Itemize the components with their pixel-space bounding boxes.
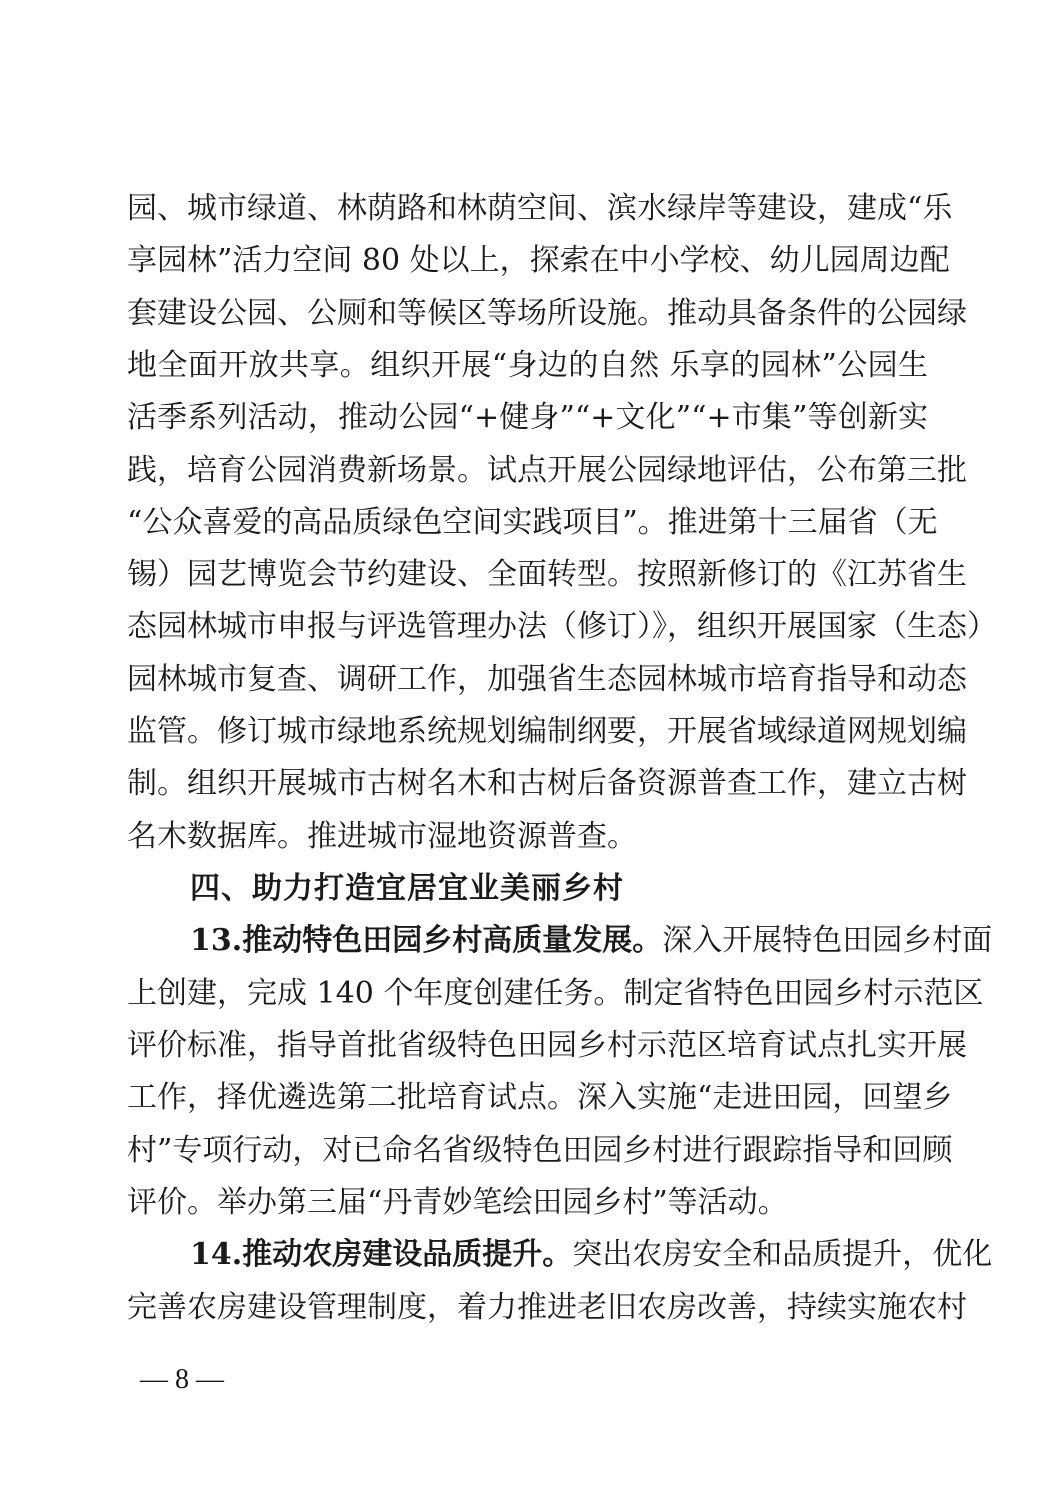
paragraph-line: 评价标准，指导首批省级特色田园乡村示范区培育试点扎实开展 — [127, 1026, 928, 1066]
item-13-text: 深入开展特色田园乡村面 — [662, 923, 992, 958]
paragraph-line: 工作，择优遴选第二批培育试点。深入实施“走进田园，回望乡 — [127, 1078, 928, 1118]
paragraph-line: 完善农房建设管理制度，着力推进老旧农房改善，持续实施农村 — [127, 1288, 928, 1328]
paragraph-line: 地全面开放共享。组织开展“身边的自然 乐享的园林”公园生 — [127, 346, 928, 386]
paragraph-line: 践，培育公园消费新场景。试点开展公园绿地评估，公布第三批 — [127, 451, 928, 491]
paragraph-line: “公众喜爱的高品质绿色空间实践项目”。推进第十三届省（无 — [127, 503, 928, 543]
paragraph-line: 园林城市复查、调研工作，加强省生态园林城市培育指导和动态 — [127, 660, 928, 700]
item-13-first-line: 13.推动特色田园乡村高质量发展。深入开展特色田园乡村面 — [190, 921, 928, 961]
page-number: — 8 — — [140, 1362, 224, 1398]
paragraph-line: 评价。举办第三届“丹青妙笔绘田园乡村”等活动。 — [127, 1183, 928, 1223]
paragraph-line: 村”专项行动，对已命名省级特色田园乡村进行跟踪指导和回顾 — [127, 1131, 928, 1171]
item-14-text: 突出农房安全和品质提升，优化 — [572, 1237, 992, 1272]
paragraph-line: 园、城市绿道、林荫路和林荫空间、滨水绿岸等建设，建成“乐 — [127, 189, 928, 229]
item-14-title: 14.推动农房建设品质提升。 — [190, 1237, 572, 1272]
item-13-title: 13.推动特色田园乡村高质量发展。 — [190, 923, 662, 958]
paragraph-line: 锡）园艺博览会节约建设、全面转型。按照新修订的《江苏省生 — [127, 555, 928, 595]
paragraph-line: 享园林”活力空间 80 处以上，探索在中小学校、幼儿园周边配 — [127, 241, 928, 281]
item-14-first-line: 14.推动农房建设品质提升。突出农房安全和品质提升，优化 — [190, 1235, 928, 1275]
paragraph-line: 制。组织开展城市古树名木和古树后备资源普查工作，建立古树 — [127, 764, 928, 804]
paragraph-line: 监管。修订城市绿地系统规划编制纲要，开展省域绿道网规划编 — [127, 712, 928, 752]
paragraph-line: 态园林城市申报与评选管理办法（修订）》，组织开展国家（生态） — [127, 607, 928, 647]
paragraph-line: 活季系列活动，推动公园“+健身”“+文化”“+市集”等创新实 — [127, 398, 928, 438]
section-heading: 四、助力打造宜居宜业美丽乡村 — [190, 869, 928, 909]
paragraph-line: 套建设公园、公厕和等候区等场所设施。推动具备条件的公园绿 — [127, 294, 928, 334]
paragraph-line: 名木数据库。推进城市湿地资源普查。 — [127, 817, 928, 857]
paragraph-line: 上创建，完成 140 个年度创建任务。制定省特色田园乡村示范区 — [127, 974, 928, 1014]
document-page: 园、城市绿道、林荫路和林荫空间、滨水绿岸等建设，建成“乐 享园林”活力空间 80… — [0, 0, 1057, 1500]
